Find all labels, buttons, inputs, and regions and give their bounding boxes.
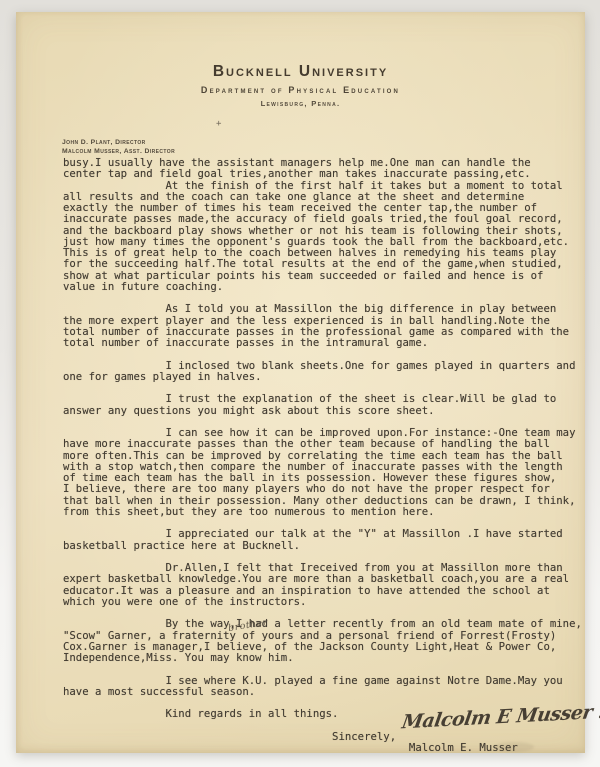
scanned-letter-photo: { "letterhead": { "university": "Bucknel… (0, 0, 600, 767)
ink-smudge (494, 742, 534, 752)
letter-body-text: busy.I usually have the assistant manage… (63, 157, 593, 753)
director-line-1: John D. Plant, Director (62, 138, 175, 147)
registration-mark: + (216, 119, 221, 129)
letterhead-university-name: Bucknell University (16, 63, 585, 81)
letter-page: Bucknell University Department of Physic… (16, 12, 585, 753)
letterhead-location: Lewisburg, Penna. (16, 99, 585, 108)
letterhead-department: Department of Physical Education (16, 85, 585, 95)
letterhead-directors: John D. Plant, Director Malcolm Musser, … (62, 138, 175, 157)
